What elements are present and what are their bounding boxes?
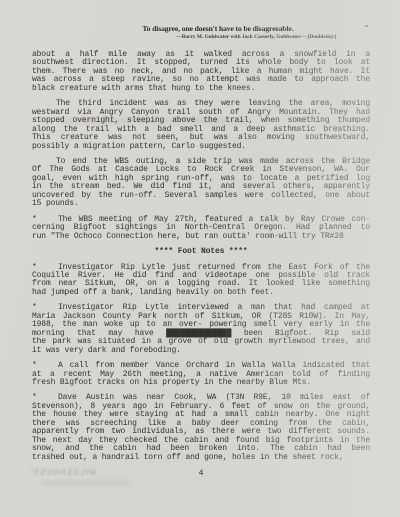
quote-attribution: —Barry M. Goldwater with Jack Casserly, … [98,34,338,40]
text-line: possibly a migration pattern, Carlo sugg… [32,143,370,151]
footnote-paragraph: *The WBS meeting of May 27th, featured a… [32,216,370,241]
body-paragraph: about a half mile away as it walked acro… [32,51,370,93]
text-line: had jumped off a bank, landing heavily o… [32,289,370,297]
text-line: **** Foot Notes **** [32,248,370,256]
scan-smudge [40,480,130,486]
text-line: trashed out, a handrail torn off and gon… [32,454,370,462]
body-paragraph: To end the WBS outing, a side trip was m… [32,158,370,209]
text-line: run "The Ochoco Connection here, but ran… [32,233,370,241]
page-number: 4 [32,469,370,478]
text-line: fresh Bigfoot tracks on his property in … [32,379,370,387]
ink-speck [365,25,368,27]
text-line: it was very dark and foreboding. [32,347,370,355]
body-paragraph: The third incident was as they were leav… [32,100,370,151]
footnotes-heading: **** Foot Notes **** [32,248,370,256]
body-paragraphs: about a half mile away as it walked acro… [32,51,370,462]
footnote-paragraph: *A call from member Vance Orchard in Wal… [32,362,370,387]
text-line: uncovered by the run-off. Several sample… [32,192,370,200]
text-line: 15 pounds. [32,200,370,208]
masthead-quote-block: To disagree, one doesn't have to be disa… [98,24,338,40]
footnote-paragraph: *Investigator Rip Lytle interviewed a ma… [32,304,370,355]
footnote-paragraph: *Dave Austin was near Cook, WA (T3N R9E,… [32,394,370,462]
footnote-paragraph: *Investigator Rip Lytle just returned fr… [32,264,370,298]
quote-text: To disagree, one doesn't have to be disa… [98,24,338,33]
scanned-newsletter-page: To disagree, one doesn't have to be disa… [0,0,400,517]
text-line: black creature with arms that hung to th… [32,85,370,93]
